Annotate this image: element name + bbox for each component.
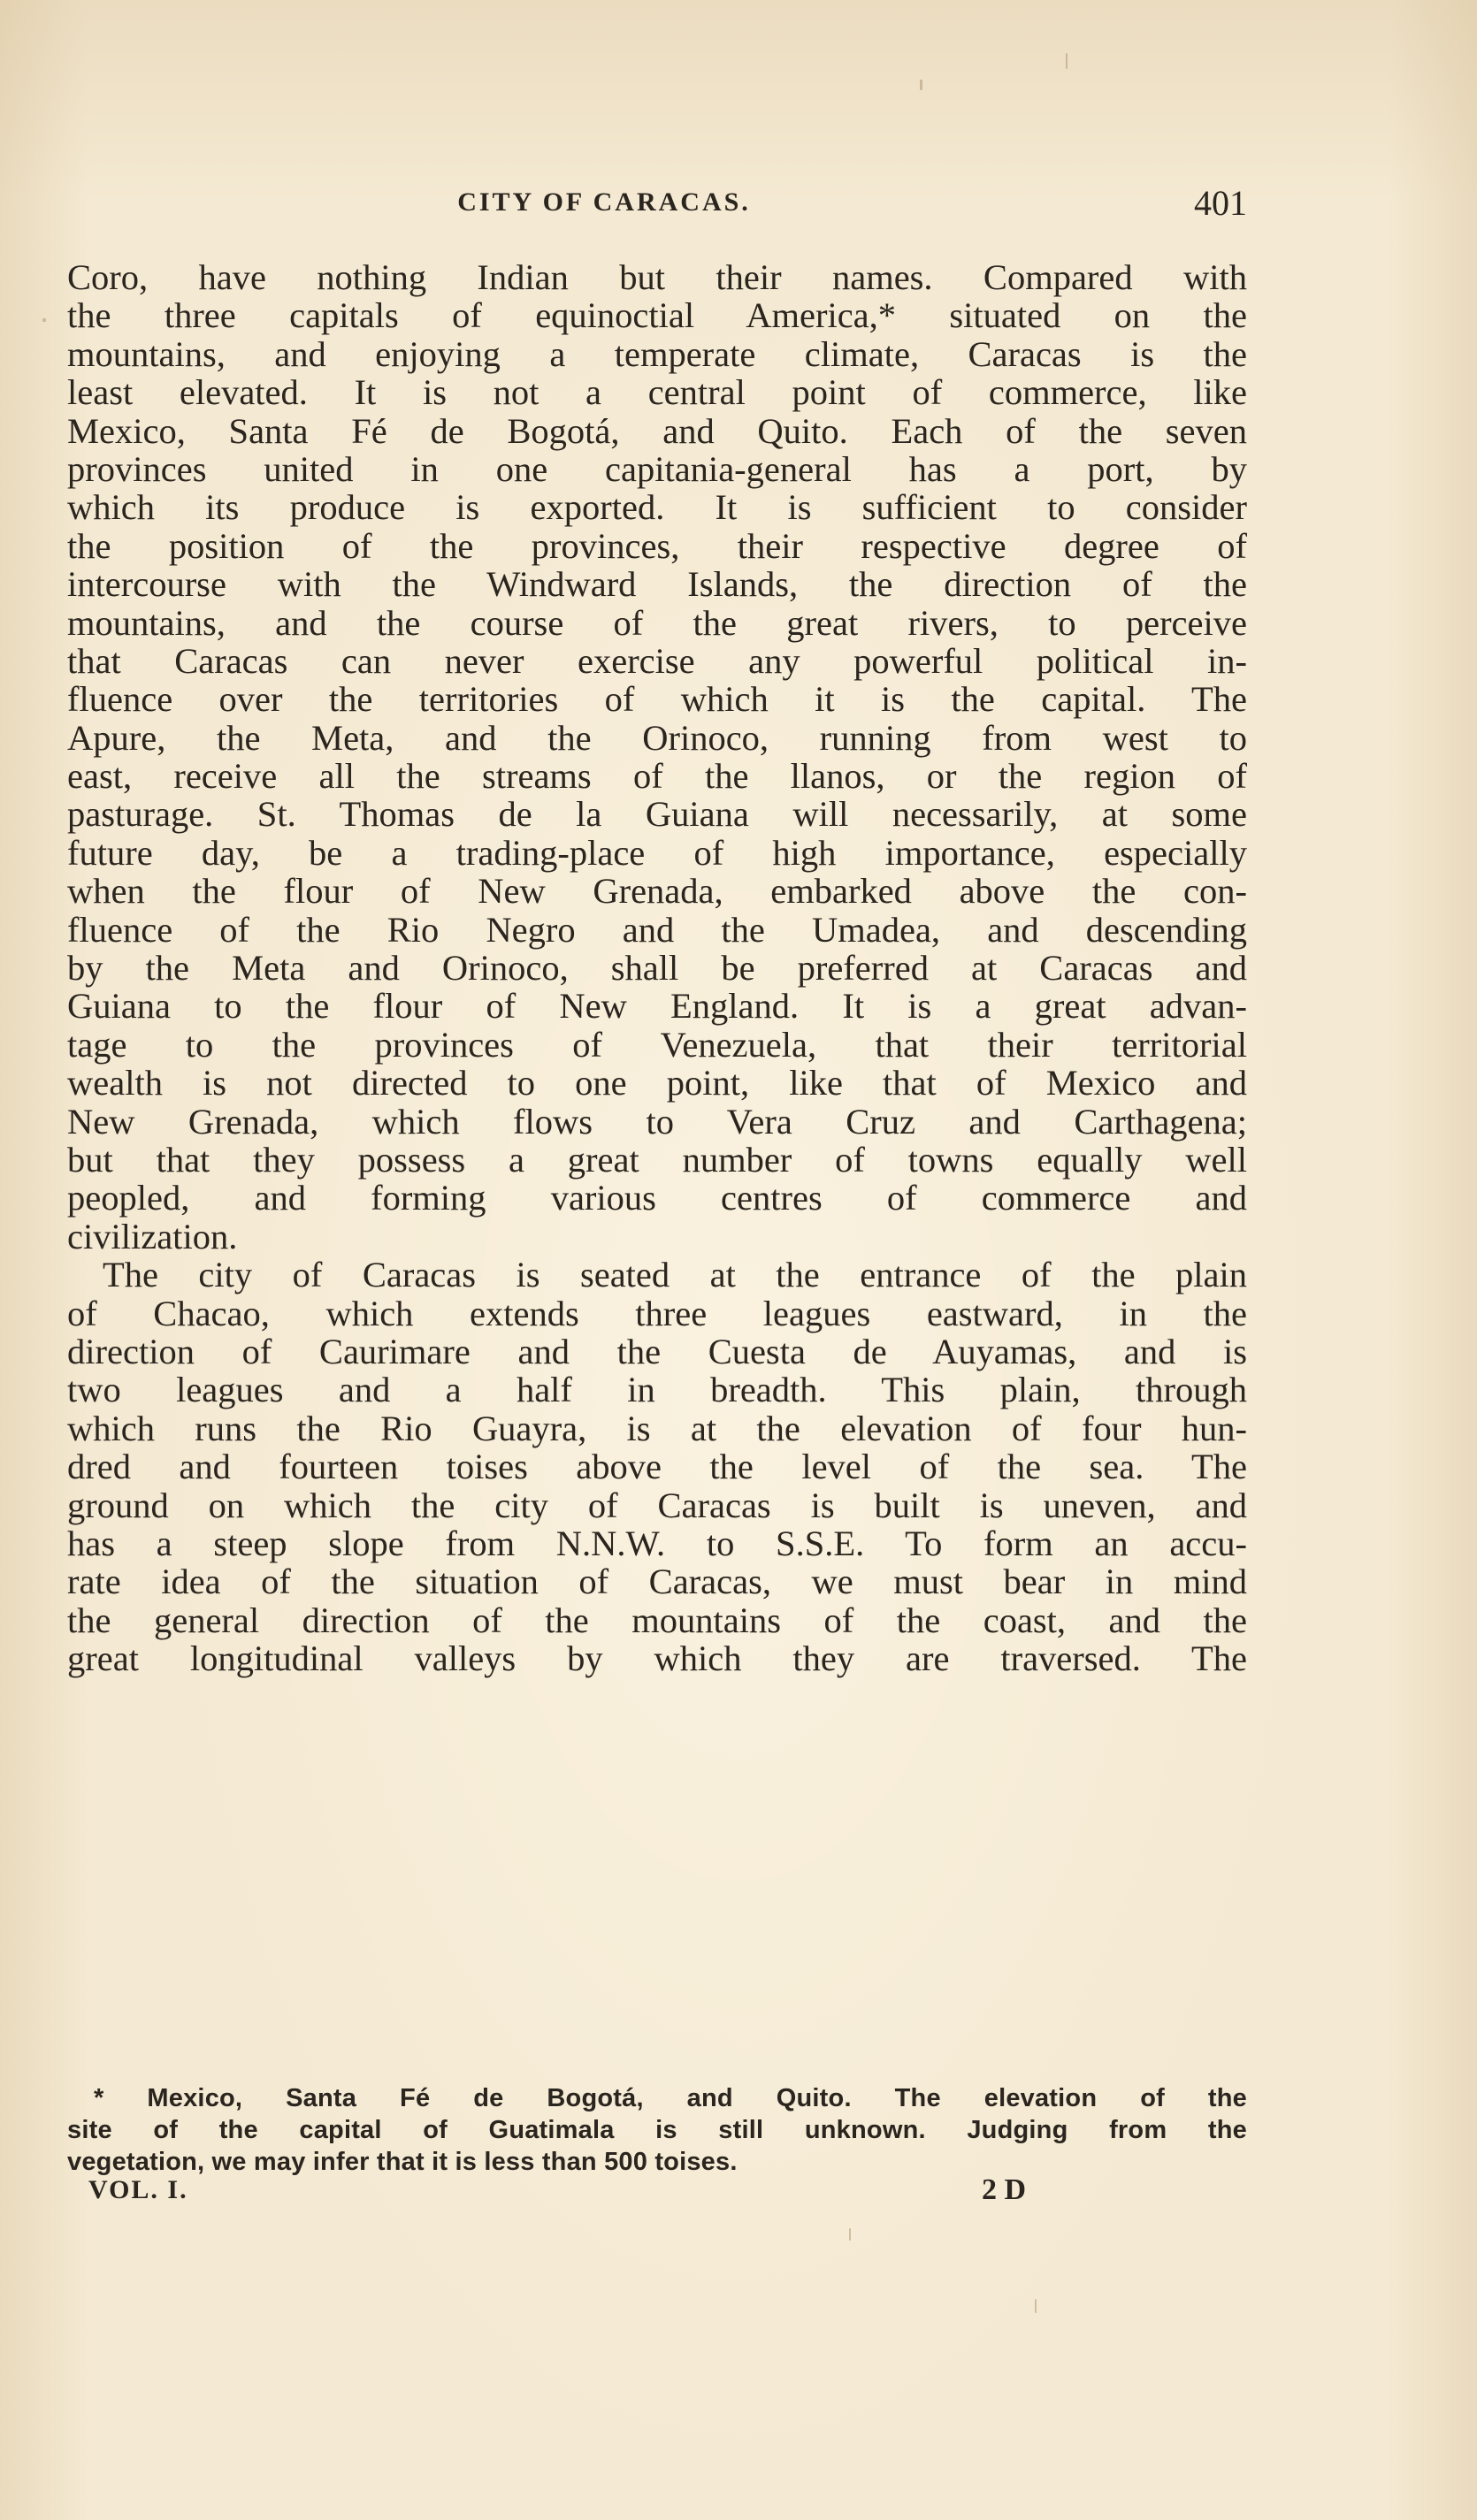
page-number: 401: [1194, 182, 1247, 224]
text-line: which runs the Rio Guayra, is at the ele…: [67, 1409, 1247, 1447]
text-line: provinces united in one capitania-genera…: [67, 450, 1247, 488]
text-line: mountains, and the course of the great r…: [67, 604, 1247, 642]
text-line: fluence of the Rio Negro and the Umadea,…: [67, 911, 1247, 949]
text-line: which its produce is exported. It is suf…: [67, 488, 1247, 526]
text-line: future day, be a trading-place of high i…: [67, 834, 1247, 872]
footnote-line: vegetation, we may infer that it is less…: [67, 2146, 1247, 2178]
paper-speck: [42, 318, 46, 322]
text-line: civilization.: [67, 1218, 1247, 1256]
text-line: great longitudinal valleys by which they…: [67, 1639, 1247, 1677]
text-line: Mexico, Santa Fé de Bogotá, and Quito. E…: [67, 412, 1247, 450]
footnote: * Mexico, Santa Fé de Bogotá, and Quito.…: [67, 2082, 1247, 2178]
text-line: ground on which the city of Caracas is b…: [67, 1486, 1247, 1524]
text-line: has a steep slope from N.N.W. to S.S.E. …: [67, 1524, 1247, 1562]
text-line: New Grenada, which flows to Vera Cruz an…: [67, 1103, 1247, 1141]
text-line: rate idea of the situation of Caracas, w…: [67, 1562, 1247, 1600]
signature-mark: 2 D: [982, 2173, 1026, 2207]
text-line: when the flour of New Grenada, embarked …: [67, 872, 1247, 910]
text-line: Guiana to the flour of New England. It i…: [67, 987, 1247, 1025]
text-line: least elevated. It is not a central poin…: [67, 373, 1247, 411]
text-line: mountains, and enjoying a temperate clim…: [67, 335, 1247, 373]
text-line: fluence over the territories of which it…: [67, 680, 1247, 718]
text-line: of Chacao, which extends three leagues e…: [67, 1294, 1247, 1333]
text-line: tage to the provinces of Venezuela, that…: [67, 1026, 1247, 1064]
running-head: CITY OF CARACAS. 401: [67, 187, 1247, 232]
footnote-line: * Mexico, Santa Fé de Bogotá, and Quito.…: [67, 2082, 1247, 2114]
paper-speck: [920, 80, 922, 90]
paragraph-start-line: The city of Caracas is seated at the ent…: [67, 1256, 1247, 1294]
text-line: Apure, the Meta, and the Orinoco, runnin…: [67, 719, 1247, 757]
volume-label: VOL. I.: [88, 2175, 188, 2205]
text-line: Coro, have nothing Indian but their name…: [67, 258, 1247, 296]
text-line: intercourse with the Windward Islands, t…: [67, 565, 1247, 603]
text-line: but that they possess a great number of …: [67, 1141, 1247, 1179]
running-title: CITY OF CARACAS.: [67, 187, 1247, 218]
body-text: Coro, have nothing Indian but their name…: [67, 258, 1247, 1677]
text-line: the three capitals of equinoctial Americ…: [67, 296, 1247, 334]
text-line: dred and fourteen toises above the level…: [67, 1447, 1247, 1485]
text-line: peopled, and forming various centres of …: [67, 1179, 1247, 1217]
text-line: the general direction of the mountains o…: [67, 1601, 1247, 1639]
footnote-line: site of the capital of Guatimala is stil…: [67, 2114, 1247, 2146]
paper-speck: [1066, 53, 1068, 69]
text-line: that Caracas can never exercise any powe…: [67, 642, 1247, 680]
text-line: pasturage. St. Thomas de la Guiana will …: [67, 795, 1247, 833]
text-line: wealth is not directed to one point, lik…: [67, 1064, 1247, 1102]
book-page: CITY OF CARACAS. 401 Coro, have nothing …: [0, 0, 1477, 2520]
paper-speck: [849, 2228, 851, 2241]
paper-speck: [1035, 2299, 1037, 2313]
text-line: direction of Caurimare and the Cuesta de…: [67, 1333, 1247, 1371]
text-line: east, receive all the streams of the lla…: [67, 757, 1247, 795]
text-line: by the Meta and Orinoco, shall be prefer…: [67, 949, 1247, 987]
text-line: the position of the provinces, their res…: [67, 527, 1247, 565]
signature-line: VOL. I. 2 D: [88, 2175, 1061, 2219]
text-line: two leagues and a half in breadth. This …: [67, 1371, 1247, 1409]
